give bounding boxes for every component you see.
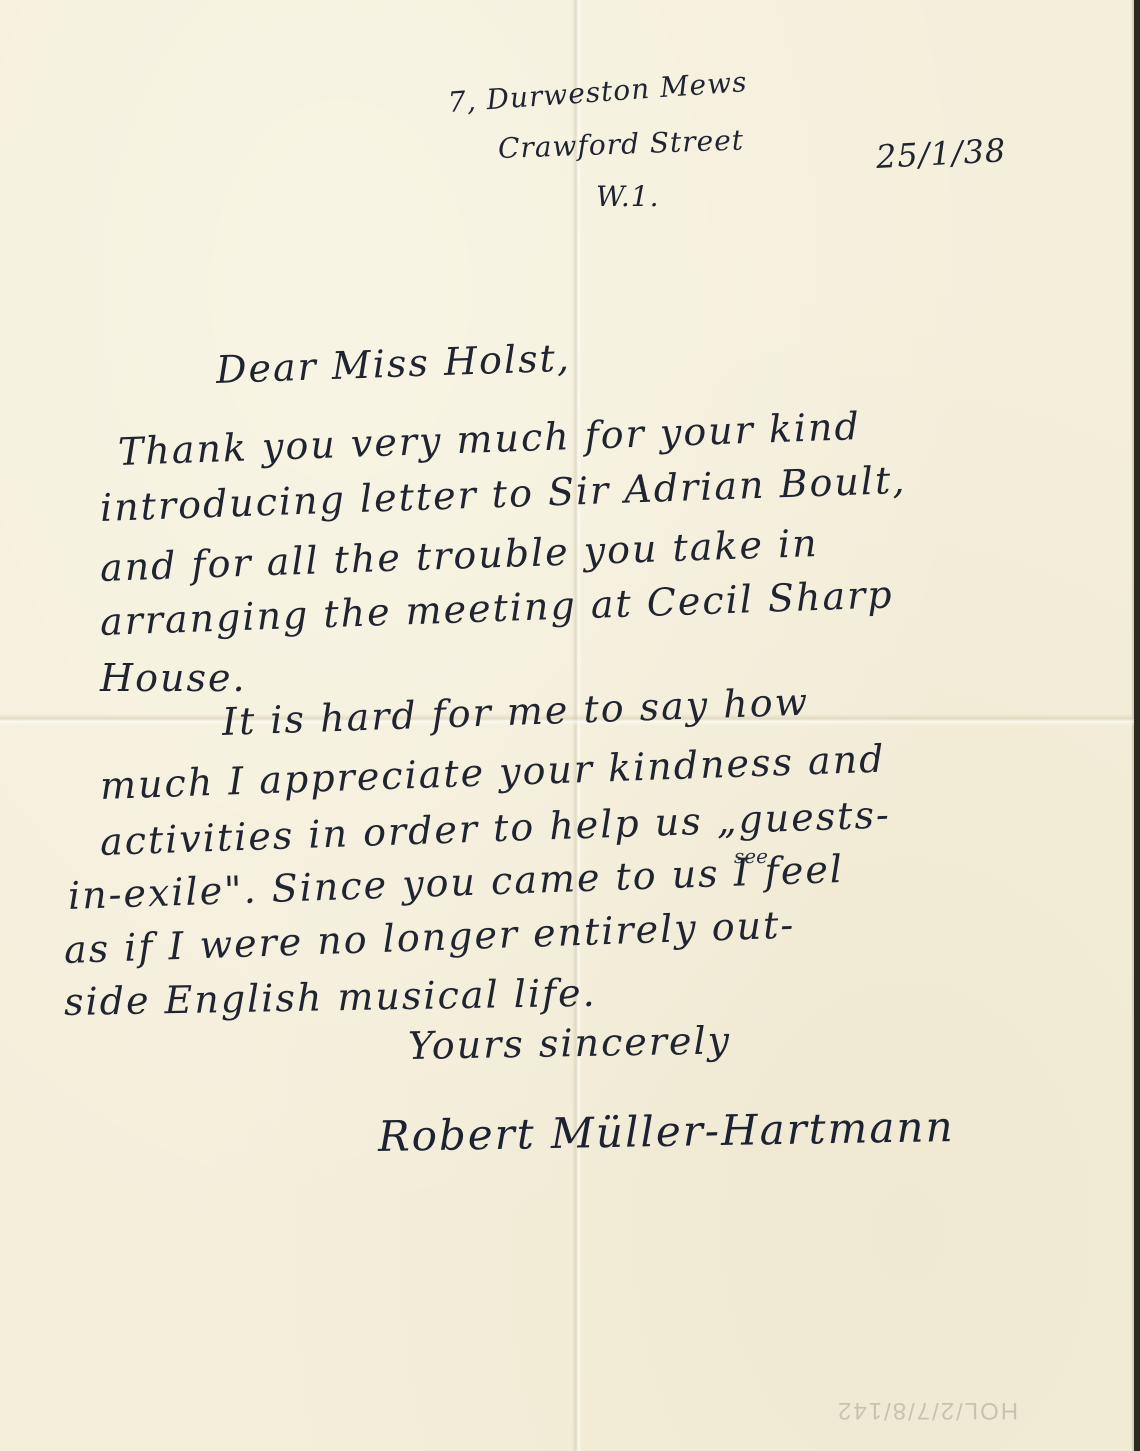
- archive-reference-mark: HOL/2/7/8/142: [836, 1396, 1018, 1424]
- letter-date: 25/1/38: [875, 131, 1007, 176]
- letter-page: 7, Durweston Mews Crawford Street W.1. 2…: [0, 0, 1134, 1451]
- address-line-2: Crawford Street: [497, 123, 744, 165]
- body-line: side English musical life.: [64, 971, 597, 1024]
- body-line: House.: [100, 656, 247, 700]
- salutation: Dear Miss Holst,: [215, 336, 571, 392]
- signature: Robert Müller-Hartmann: [378, 1102, 955, 1161]
- body-line: It is hard for me to say how: [221, 680, 810, 744]
- closing: Yours sincerely: [408, 1018, 732, 1068]
- address-line-3: W.1.: [596, 180, 660, 213]
- address-line-1: 7, Durweston Mews: [447, 65, 749, 119]
